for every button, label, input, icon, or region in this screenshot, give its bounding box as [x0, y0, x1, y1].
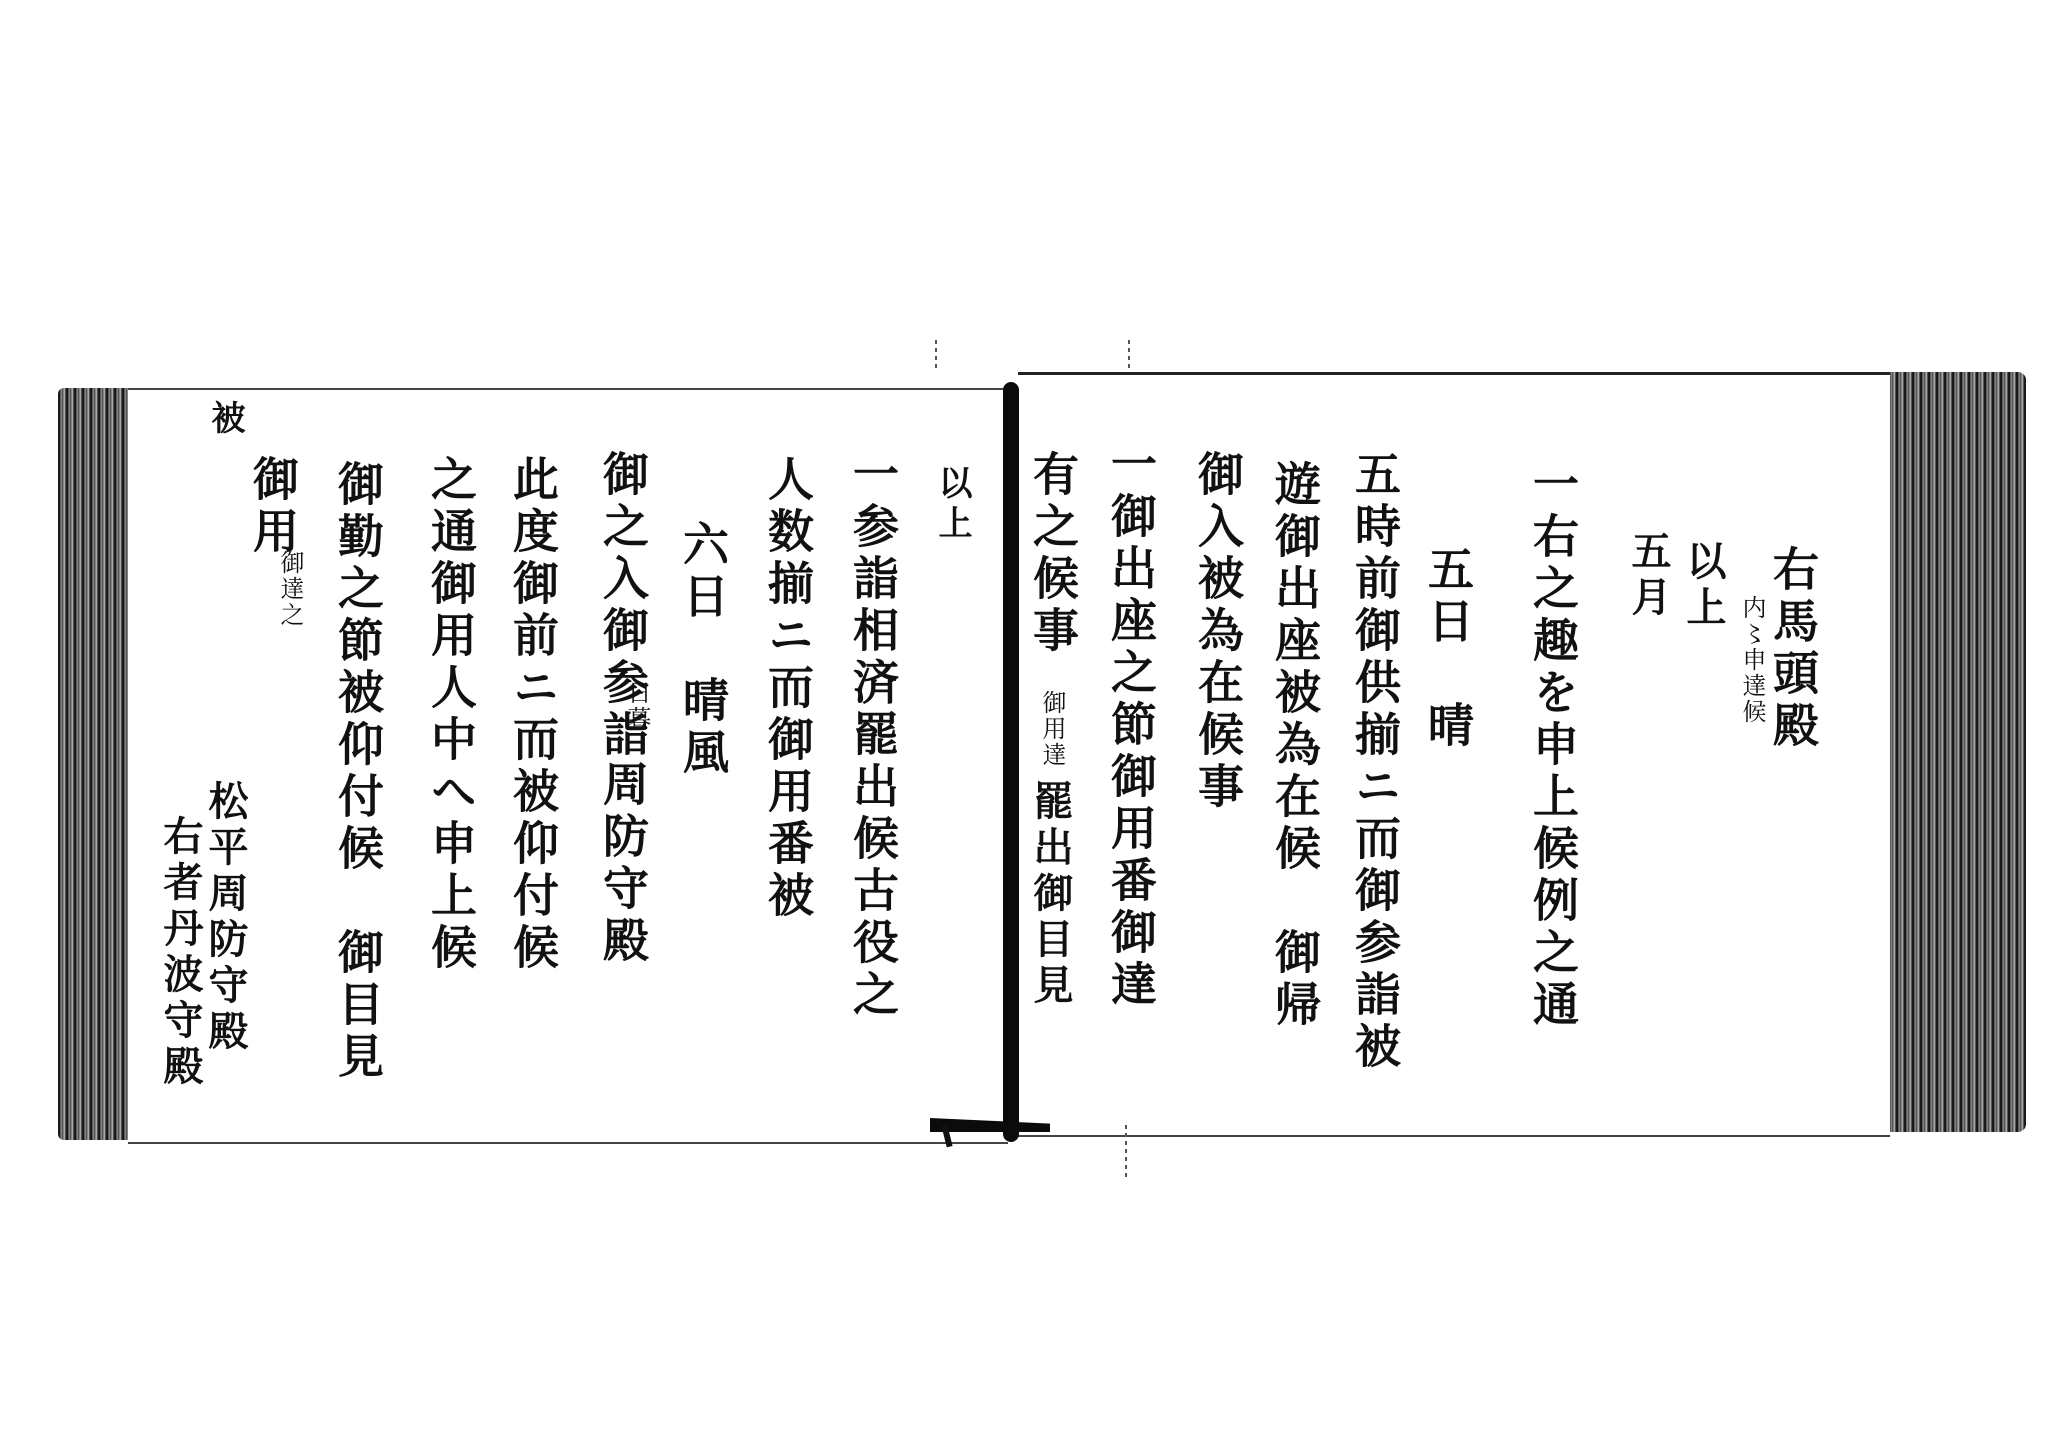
text-column: 六日 晴風 — [680, 520, 726, 780]
text-column: 此度御前ニ而被仰付候 — [510, 455, 556, 975]
guide-line — [935, 340, 937, 370]
text-column: 一右之趣を申上候例之通 — [1530, 460, 1576, 1032]
annotation: 御達之 — [278, 550, 302, 628]
text-column: 有之候事 — [1030, 450, 1076, 658]
text-column: 右馬頭殿 — [1770, 545, 1816, 753]
text-column: 五時前御供揃ニ而御参詣被 — [1352, 450, 1398, 1074]
text-column: 罷出御目見 — [1030, 780, 1070, 1010]
text-column: 之通御用人中へ申上候 — [428, 455, 474, 975]
guide-line — [1128, 340, 1130, 370]
book-gutter — [1003, 382, 1019, 1142]
annotation: 日暮 — [625, 680, 649, 732]
annotation: 内〻申達候 — [1740, 595, 1764, 725]
left-page-edges — [58, 388, 130, 1140]
open-book-spread: 右馬頭殿 内〻申達候 以上 五月 一右之趣を申上候例之通 五日 晴 五時前御供揃… — [0, 0, 2048, 1451]
signature-column: 右者丹波守殿 — [160, 815, 200, 1091]
text-column: 五月 — [1628, 530, 1668, 622]
text-column: 周防守殿 — [600, 760, 646, 968]
guide-line — [1125, 1125, 1127, 1180]
text-column: 五日 晴 — [1425, 545, 1471, 753]
text-column: 遊御出座被為在候 御帰 — [1272, 460, 1318, 1032]
text-column: 御入被為在候事 — [1195, 450, 1241, 814]
text-column: 御勤之節被仰付候 御目見 — [335, 460, 381, 1084]
text-column: 人数揃ニ而御用番被 — [765, 455, 811, 923]
right-page-edges — [1888, 372, 2026, 1132]
text-column: 一参詣相済罷出候古役之 — [850, 450, 896, 1022]
text-column: 以上 — [1683, 540, 1723, 632]
text-column: 以上 — [935, 465, 969, 545]
text-column: 御用 — [250, 455, 296, 559]
annotation: 御用達 — [1040, 690, 1064, 768]
text-column: 一御出座之節御用番御達 — [1108, 440, 1154, 1012]
signature-column: 松平周防守殿 — [205, 780, 245, 1056]
text-column: 被 — [208, 400, 242, 440]
